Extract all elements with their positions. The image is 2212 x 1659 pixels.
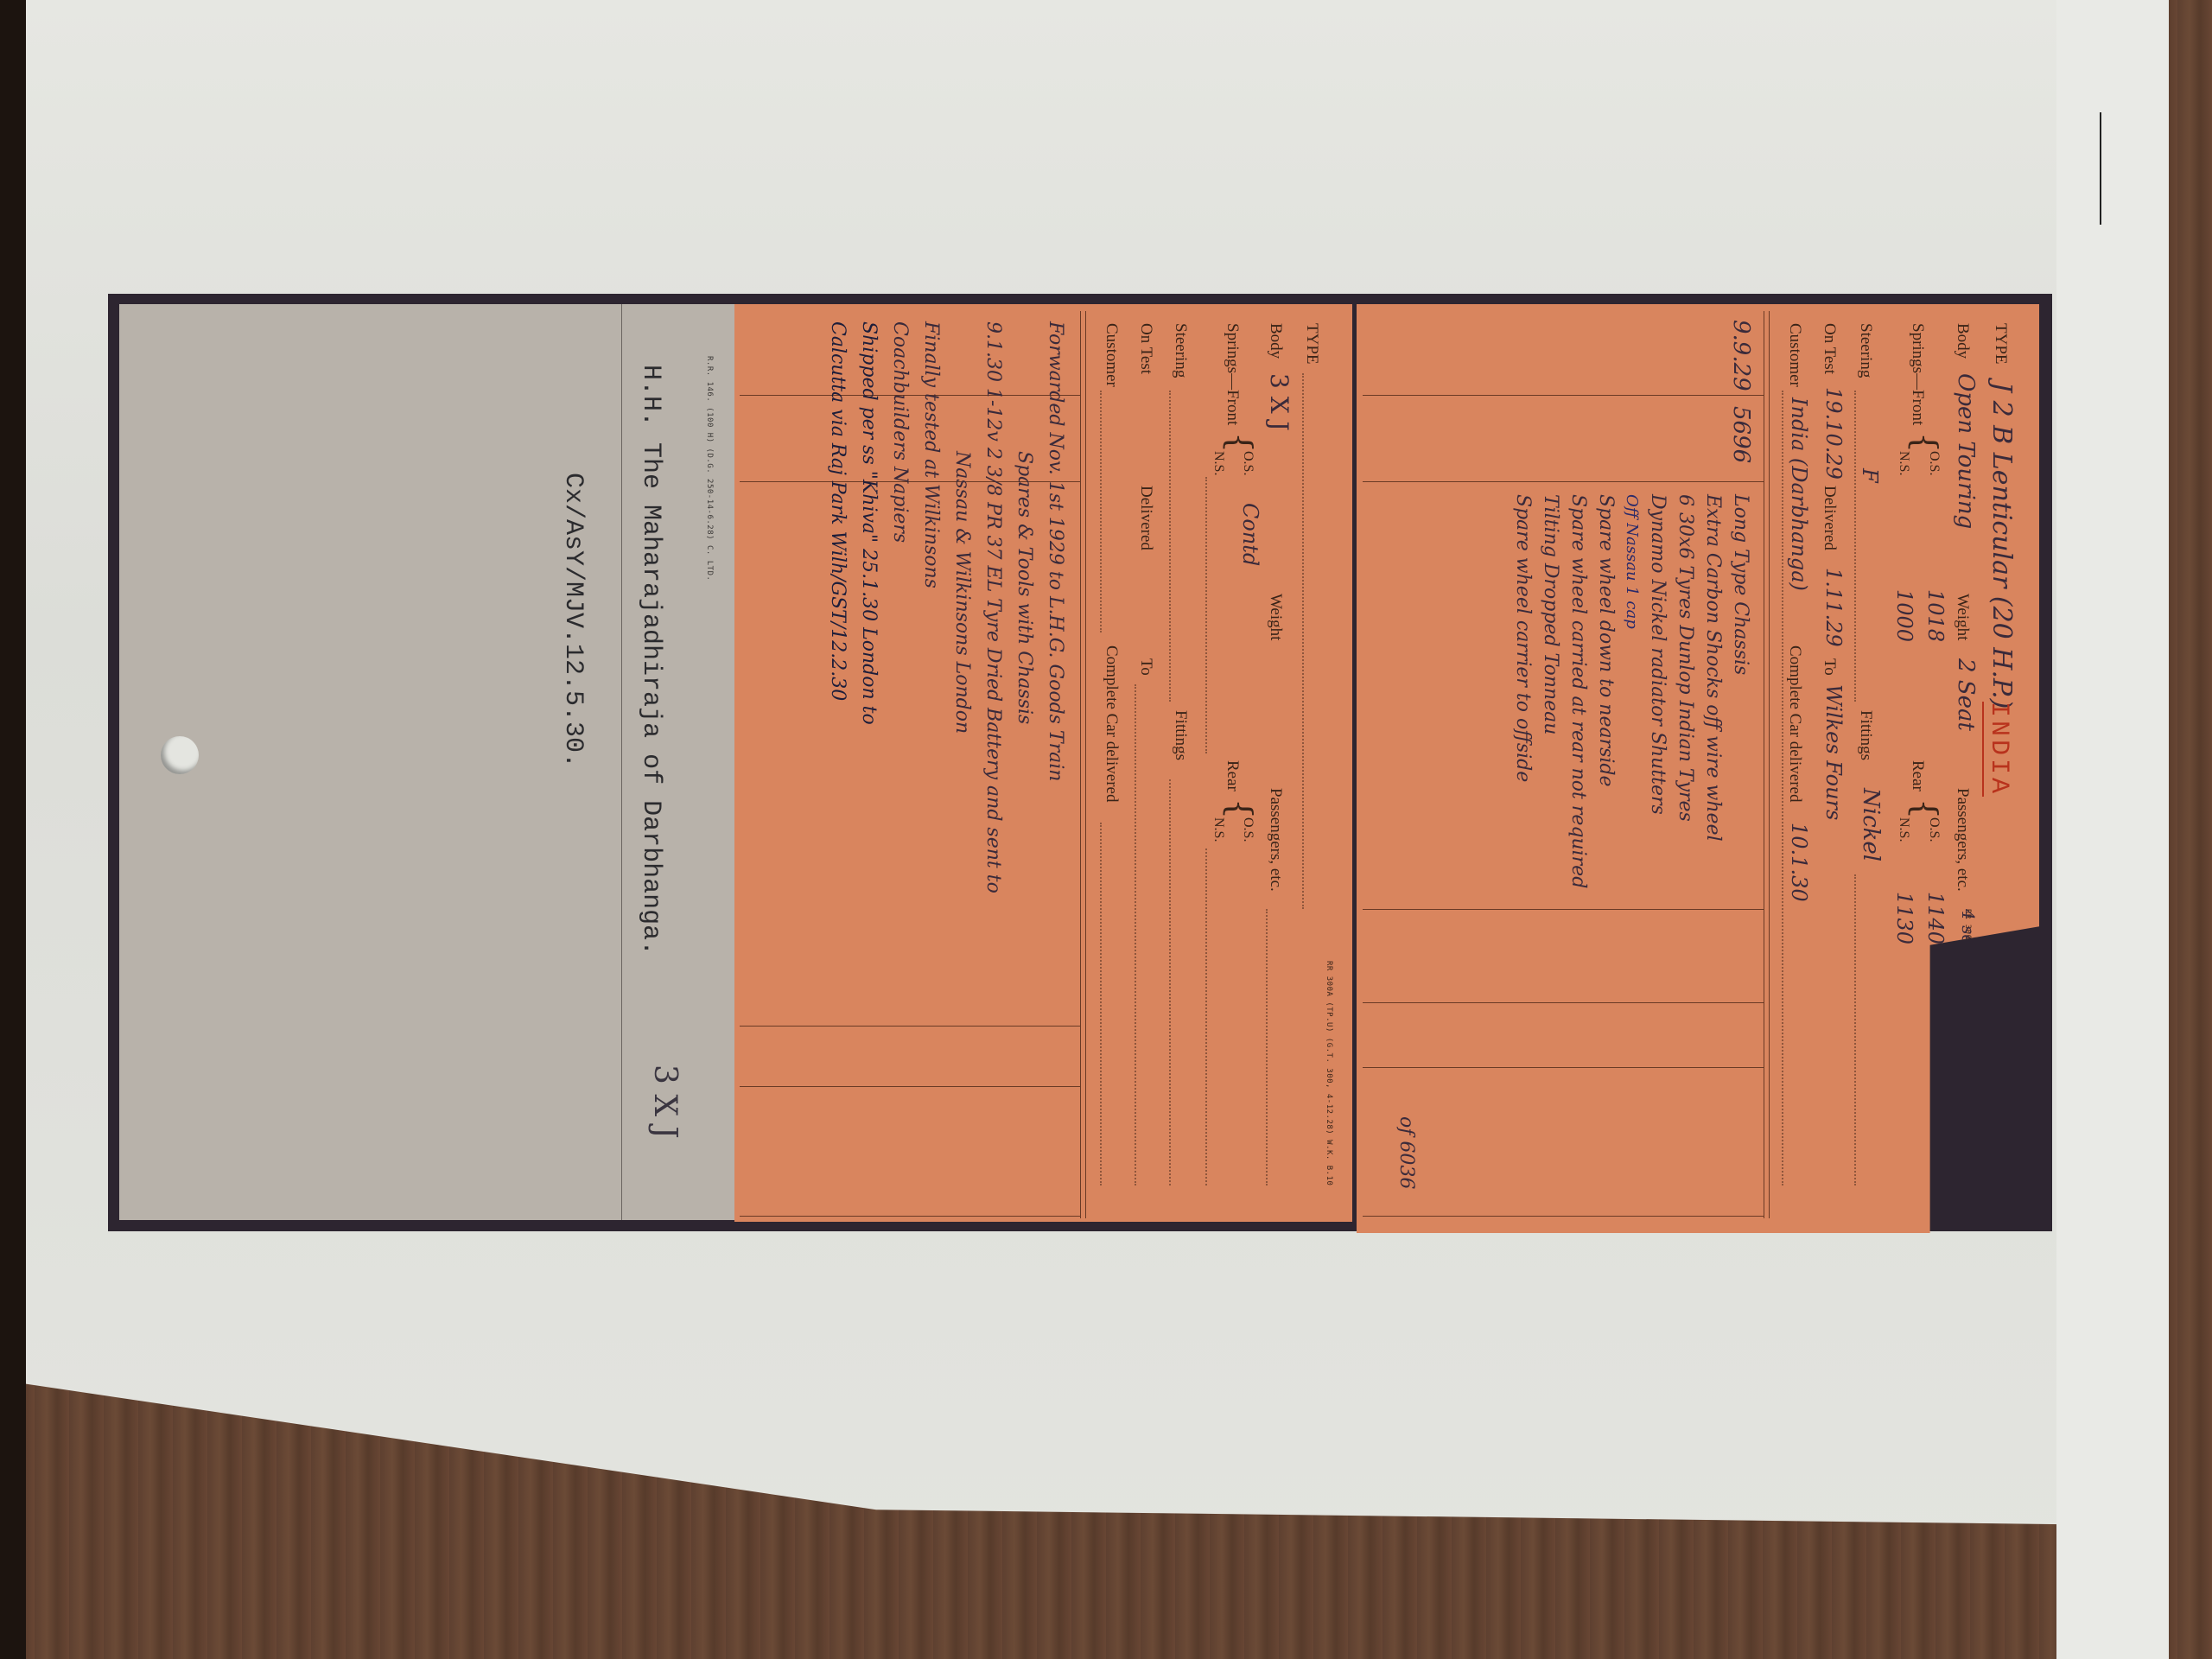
to-value: Wilkes Fours [1821, 684, 1846, 820]
to-label: To [1820, 658, 1839, 676]
log-note: Extra Carbon Shocks off wire wheel [1699, 494, 1726, 888]
delivered-value: 1.11.29 [1821, 568, 1846, 647]
reference-line: Cx/AsY/MJV.12.5.30. [558, 473, 588, 768]
fittings-label: Fittings [1856, 710, 1875, 760]
weight-label: Weight [1953, 594, 1972, 640]
divider [1085, 311, 1086, 1218]
note-line: Forwarded Nov. 1st 1929 to L.H.G. Goods … [1039, 321, 1071, 893]
springs-front-label: Springs—Front [1223, 323, 1242, 425]
body-value: 3 X J [1265, 373, 1294, 431]
passengers-label: Passengers, etc. [1266, 788, 1285, 892]
note-line: Shipped per ss "Khiva" 25.1.30 London to [853, 321, 884, 893]
brace-front: { [1906, 432, 1944, 453]
springs-front-label: Springs—Front [1908, 323, 1927, 425]
log-note: Spare wheel carried at rear not required [1564, 494, 1592, 888]
note-line: Spares & Tools with Chassis [1008, 321, 1039, 893]
delivered-label: Delivered [1820, 486, 1839, 550]
fittings-label: Fittings [1171, 710, 1190, 760]
brace-front: { [1221, 432, 1259, 453]
divider [1769, 311, 1770, 1218]
note-line: Nassau & Wilkinsons London [946, 321, 977, 893]
log-note: Tilting Dropped Tonneau [1536, 494, 1564, 888]
passengers-label: Passengers, etc. [1953, 788, 1972, 892]
log-note: 6 30x6 Tyres Dunlop Indian Tyres [1671, 494, 1699, 888]
front-os-label: O.S. [1240, 451, 1255, 475]
type-value: J 2 B Lenticular (20 H.P.) [1986, 382, 2017, 709]
complete-car-label: Complete Car delivered [1102, 645, 1121, 803]
punched-hole [161, 736, 199, 774]
weight-value: 2 Seat [1953, 658, 1979, 731]
type-label: TYPE [1991, 323, 2010, 365]
customer-value: India (Darbhanga) [1787, 397, 1811, 591]
log-note: Spare wheel carrier to offside [1509, 494, 1536, 888]
on-test-label: On Test [1136, 323, 1155, 374]
fittings-value: Nickel [1858, 788, 1884, 861]
note-line: Coachbuilders Napiers [884, 321, 915, 893]
complete-car-label: Complete Car delivered [1785, 645, 1804, 803]
front-os-value: Contd [1238, 503, 1262, 566]
customer-label: Customer [1785, 323, 1804, 387]
printer-code: RR 300A (TP.U) (G.T. 300, 4-12.28) W.K. … [1325, 961, 1333, 1185]
rear-ns-label: N.S. [1896, 817, 1911, 842]
front-os-value: 1018 [1923, 589, 1948, 642]
rear-ns-value: 1130 [1892, 892, 1916, 944]
note-line: Finally tested at Wilkinsons [915, 321, 946, 893]
brace-rear: { [1906, 798, 1944, 819]
log-note: Long Type Chassis [1726, 494, 1754, 888]
to-label: To [1136, 658, 1155, 676]
log-order-no: 5696 [1728, 406, 1754, 463]
rear-os-label: O.S. [1926, 817, 1942, 842]
log-date: 9.9.29 [1728, 320, 1754, 391]
typed-line-rule [621, 304, 622, 1220]
complete-car-value: 10.1.30 [1787, 823, 1811, 902]
on-test-label: On Test [1820, 323, 1839, 374]
left-shadow [0, 0, 26, 1659]
log-note: Dynamo Nickel radiator Shutters [1643, 494, 1671, 888]
body-label: Body [1953, 323, 1972, 359]
note-line: Calcutta via Raj Park Wilh/GST/12.2.30 [822, 321, 853, 893]
rear-ns-label: N.S. [1211, 817, 1226, 842]
log-note: Off Nassau 1 cap [1619, 494, 1643, 888]
printer-code: R.R. 146. (100 H) (D.G. 250-14-6.28) C. … [705, 356, 714, 581]
owner-record-card: R.R. 146. (100 H) (D.G. 250-14-6.28) C. … [119, 304, 734, 1220]
log-note: Spare wheel down to nearside [1592, 494, 1619, 888]
note-line: 9.1.30 1-12v 2 3/8 PR 37 EL Tyre Dried B… [977, 321, 1008, 893]
steering-value: F [1858, 468, 1882, 483]
rear-os-label: O.S. [1240, 817, 1255, 842]
steering-label: Steering [1171, 323, 1190, 378]
country-stamp: INDIA [1982, 702, 2013, 797]
log-notes: Long Type Chassis Extra Carbon Shocks of… [1509, 494, 1754, 888]
type-label: TYPE [1302, 323, 1321, 365]
customer-label: Customer [1102, 323, 1121, 387]
rear-os-value: 1140 [1923, 892, 1948, 944]
body-value: Open Touring [1953, 373, 1979, 529]
chassis-mark: 3 X J [647, 1065, 683, 1139]
chassis-record-card-continuation: RR 300A (TP.U) (G.T. 300, 4-12.28) W.K. … [734, 304, 1352, 1222]
rear-label: Rear [1908, 760, 1927, 791]
body-label: Body [1266, 323, 1285, 359]
footer-mark: of 6036 [1395, 1116, 1417, 1189]
front-ns-label: N.S. [1211, 451, 1226, 475]
paper-edge-line [2100, 112, 2101, 225]
front-ns-label: N.S. [1896, 451, 1911, 475]
on-test-value: 19.10.29 [1821, 387, 1846, 480]
continuation-notes: Forwarded Nov. 1st 1929 to L.H.G. Goods … [822, 321, 1071, 893]
steering-label: Steering [1856, 323, 1875, 378]
paper-right-edge [2056, 0, 2169, 1659]
front-ns-value: 1000 [1892, 589, 1916, 642]
weight-label: Weight [1266, 594, 1285, 640]
front-os-label: O.S. [1926, 451, 1942, 475]
delivered-label: Delivered [1136, 486, 1155, 550]
owner-line: H.H. The Maharajadhiraja of Darbhanga. [636, 365, 665, 956]
rear-label: Rear [1223, 760, 1242, 791]
brace-rear: { [1221, 798, 1259, 819]
